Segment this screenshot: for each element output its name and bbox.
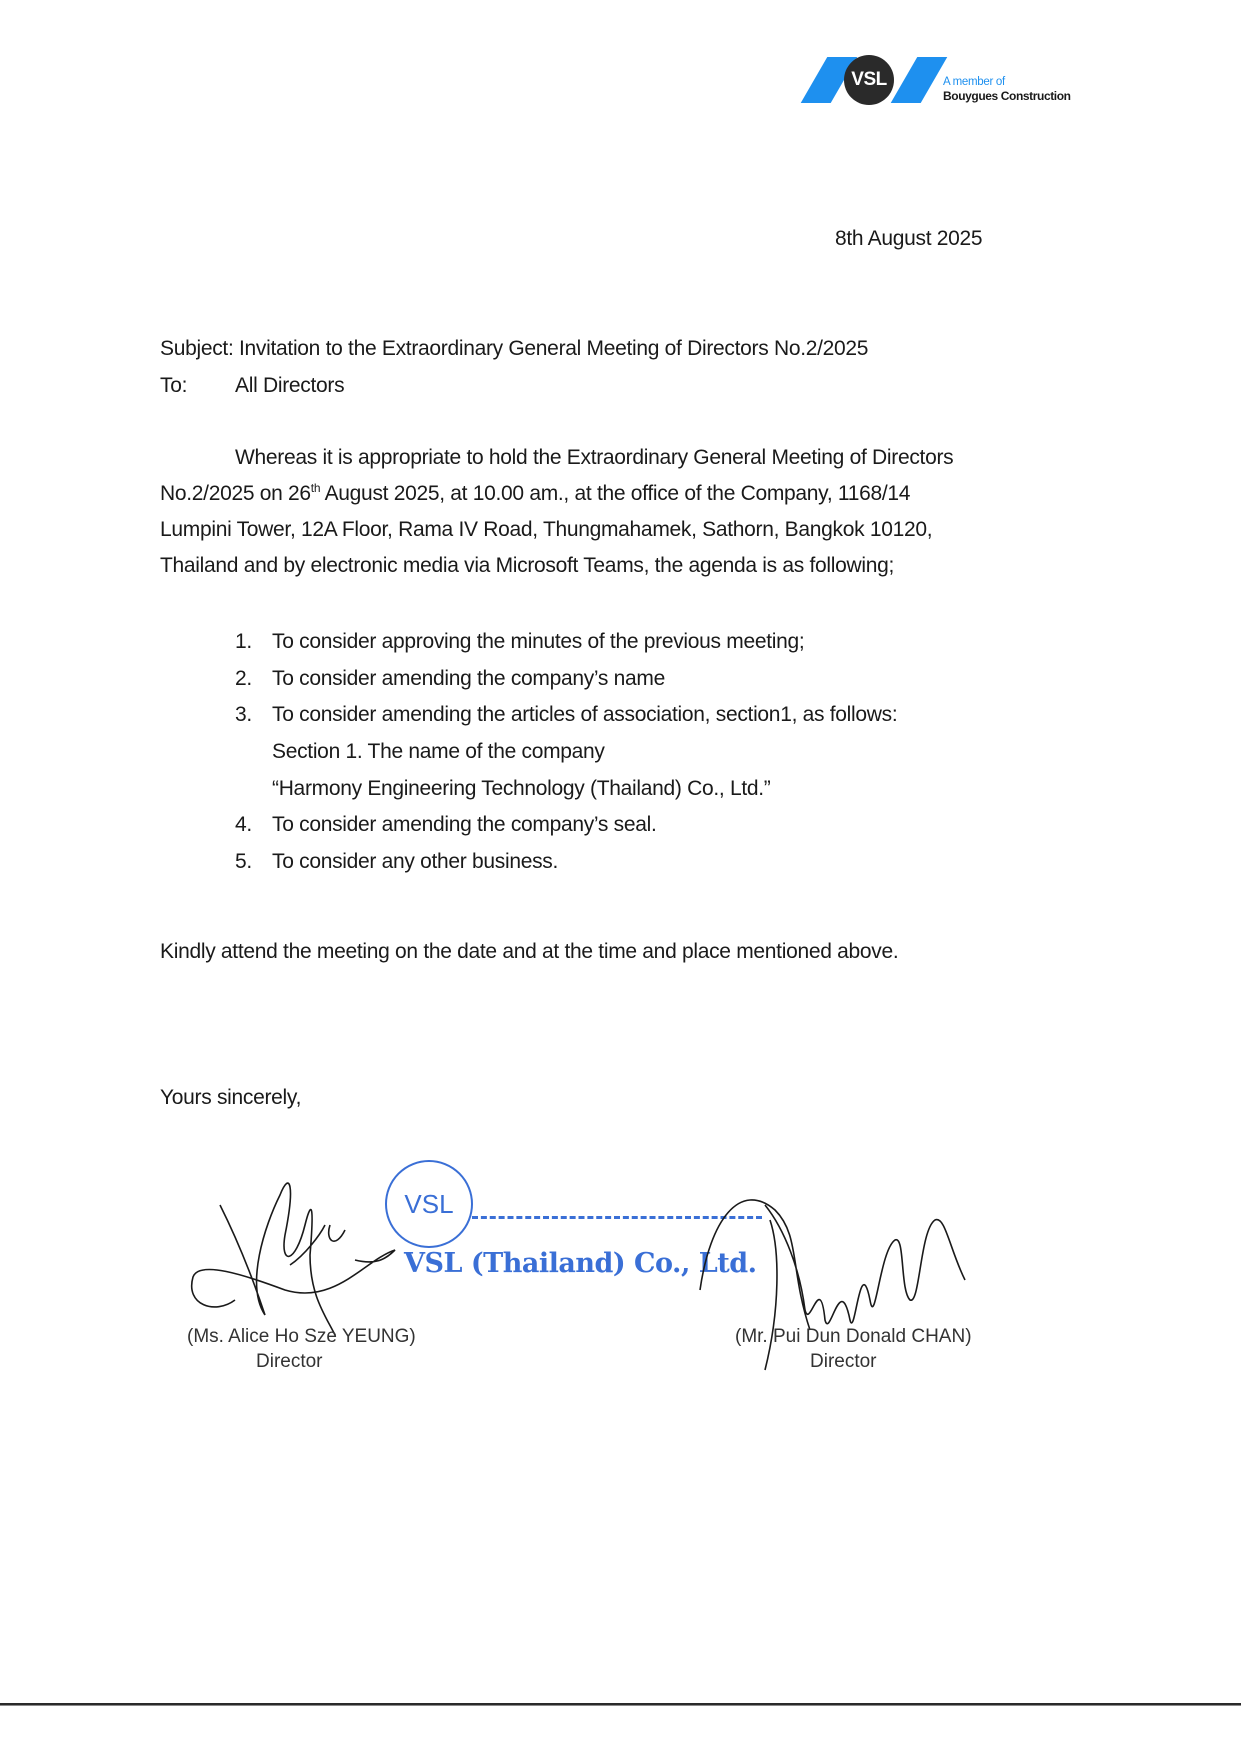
agenda-text: To consider amending the articles of ass… <box>272 697 897 733</box>
valediction: Yours sincerely, <box>160 1080 301 1116</box>
agenda-number: 3. <box>235 697 252 733</box>
agenda-number: 1. <box>235 624 252 660</box>
agenda-number: 5. <box>235 844 252 880</box>
letter-date: 8th August 2025 <box>835 221 982 257</box>
body-paragraph: Whereas it is appropriate to hold the Ex… <box>160 440 1060 584</box>
paragraph-line: Lumpini Tower, 12A Floor, Rama IV Road, … <box>160 512 1060 548</box>
recipient-label: To: <box>160 368 187 404</box>
signatory-2-title: Director <box>810 1351 877 1373</box>
logo-circle: VSL <box>844 55 894 105</box>
agenda-text: To consider amending the company’s seal. <box>272 807 657 843</box>
paragraph-line: No.2/2025 on 26th August 2025, at 10.00 … <box>160 476 1060 512</box>
agenda-text: To consider approving the minutes of the… <box>272 624 804 660</box>
paragraph-line: Whereas it is appropriate to hold the Ex… <box>160 440 1060 476</box>
paragraph-line: Thailand and by electronic media via Mic… <box>160 548 1060 584</box>
signatory-1-title: Director <box>256 1351 323 1373</box>
agenda-number: 2. <box>235 661 252 697</box>
logo-stripe-right <box>891 57 948 103</box>
signatory-2-name: (Mr. Pui Dun Donald CHAN) <box>735 1326 972 1348</box>
closing-sentence: Kindly attend the meeting on the date an… <box>160 934 898 970</box>
ordinal-suffix: th <box>311 481 320 495</box>
signatory-1-name: (Ms. Alice Ho Sze YEUNG) <box>187 1326 416 1348</box>
footer-divider <box>0 1703 1241 1706</box>
letter-subject: Subject: Invitation to the Extraordinary… <box>160 331 868 367</box>
agenda-text: To consider amending the company’s name <box>272 661 665 697</box>
agenda-text: Section 1. The name of the company <box>272 734 605 770</box>
recipient-value: All Directors <box>235 368 344 404</box>
signature-1 <box>185 1165 415 1345</box>
company-logo: VSL A member of Bouygues Construction <box>800 55 1090 107</box>
paragraph-text: August 2025, at 10.00 am., at the office… <box>320 482 910 505</box>
logo-tagline-parent: Bouygues Construction <box>943 89 1071 103</box>
logo-tagline-member: A member of <box>943 76 1005 88</box>
agenda-text: “Harmony Engineering Technology (Thailan… <box>272 771 770 807</box>
paragraph-text: No.2/2025 on 26 <box>160 482 311 505</box>
agenda-number: 4. <box>235 807 252 843</box>
agenda-text: To consider any other business. <box>272 844 558 880</box>
